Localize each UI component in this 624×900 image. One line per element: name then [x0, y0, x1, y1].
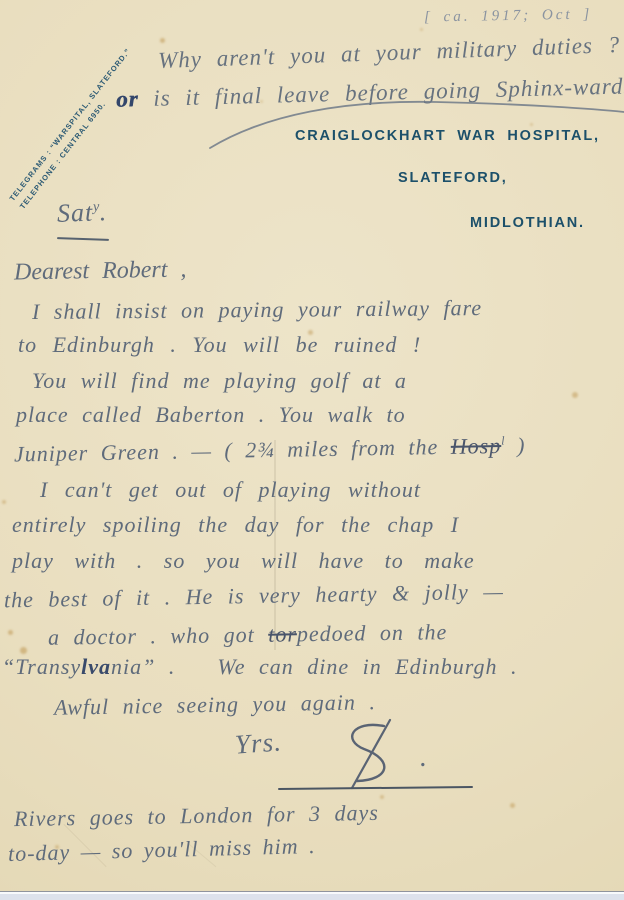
- line-text: a doctor . who got: [48, 622, 269, 650]
- foxing-spot: [510, 803, 515, 808]
- foxing-spot: [572, 392, 578, 398]
- dateline-period: .: [99, 197, 108, 226]
- struck-out-word: tor: [268, 621, 297, 646]
- sassoon-monogram-signature: [330, 718, 410, 790]
- letter-line: I can't get out of playing without: [40, 477, 421, 503]
- line-text: nia” .: [111, 654, 175, 679]
- viewer-bottom-edge-bar: [0, 891, 624, 900]
- letter-line-transylvania: “Transylvania” .We can dine in Edinburgh…: [2, 654, 518, 680]
- signature-yrs: Yrs.: [234, 726, 283, 760]
- salutation: Dearest Robert ,: [14, 256, 187, 286]
- fold-crease: [274, 440, 276, 650]
- foxing-spot: [2, 500, 6, 504]
- line-text: We can dine in Edinburgh .: [217, 654, 517, 679]
- dateline-text: Sat: [56, 198, 93, 228]
- line-text: “Transy: [2, 654, 81, 679]
- struck-out-word: Hosp: [451, 433, 502, 459]
- scanned-letter-page: [ ca. 1917; Oct ] Why aren't you at your…: [0, 0, 624, 900]
- line-text: pedoed on the: [297, 619, 448, 646]
- foxing-spot: [380, 795, 384, 799]
- dateline: Saty.: [56, 197, 107, 229]
- letter-line: place called Baberton . You walk to: [16, 402, 406, 428]
- foxing-spot: [8, 630, 13, 635]
- pencil-annotation-date: [ ca. 1917; Oct ]: [424, 7, 593, 27]
- letter-line: I shall insist on paying your railway fa…: [32, 295, 482, 325]
- pen-flourish-stroke: [196, 94, 624, 158]
- letter-line: to Edinburgh . You will be ruined !: [18, 332, 421, 358]
- letterhead-place: SLATEFORD,: [398, 170, 508, 186]
- foxing-spot: [20, 647, 27, 654]
- letter-line-doctor: a doctor . who got torpedoed on the: [48, 619, 448, 651]
- letter-line: play with . so you will have to make: [12, 548, 475, 574]
- letter-line: You will find me playing golf at a: [32, 368, 407, 394]
- letterhead-hospital-name: CRAIGLOCKHART WAR HOSPITAL,: [295, 128, 600, 144]
- foxing-spot: [160, 38, 165, 43]
- overwritten-letters: lva: [81, 654, 111, 679]
- foxing-spot: [420, 28, 423, 31]
- letter-line: entirely spoiling the day for the chap I: [12, 512, 459, 538]
- letterhead-county: MIDLOTHIAN.: [470, 215, 585, 231]
- line-text: ): [504, 433, 525, 458]
- signature-period: .: [420, 742, 428, 774]
